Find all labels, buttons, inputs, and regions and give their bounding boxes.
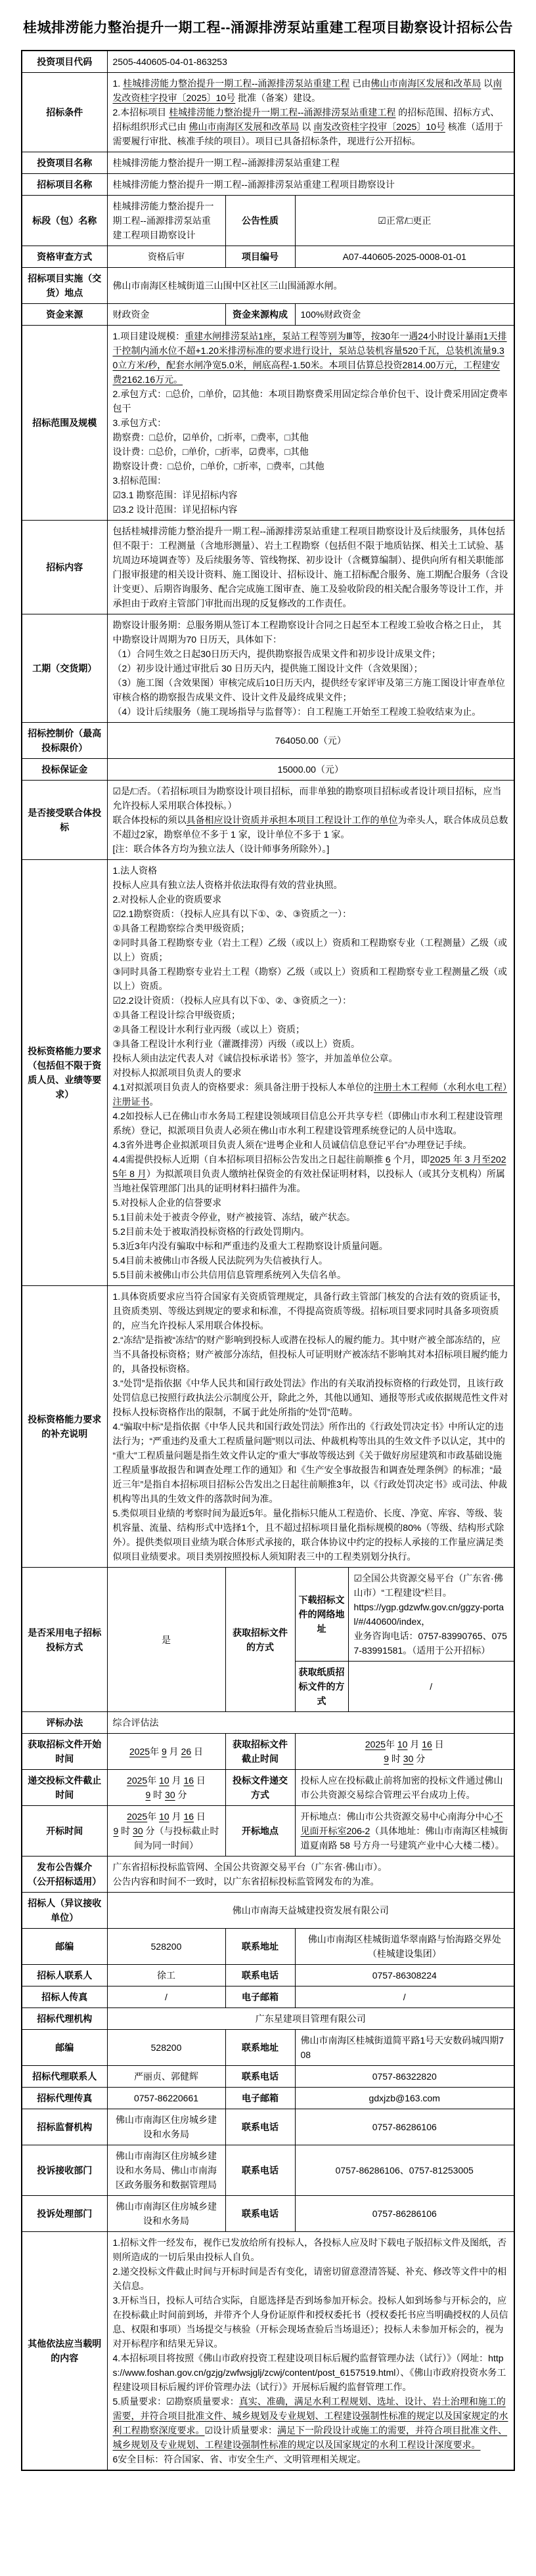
paper-document-label: 获取纸质招标文件的方式 — [295, 1662, 348, 1712]
row-qualification-requirements: 投标资格能力要求 （包括但不限于资质人员、业绩等要求） 1.法人资格 投标人应具… — [22, 860, 514, 1286]
supervision-value: 佛山市南海区住房城乡建设和水务局 — [107, 2109, 225, 2145]
row-consortium: 是否接受联合体投标 ☑是/□否。（若招标项目为勘察设计项目招标，而非单独的勘察项… — [22, 781, 514, 860]
notice-nature-value: ☑正常/□更正 — [295, 196, 514, 246]
consortium-label: 是否接受联合体投标 — [22, 781, 107, 860]
supervision-label: 招标监督机构 — [22, 2109, 107, 2145]
bid-bond-value: 15000.00（元） — [107, 759, 514, 781]
notice-nature-label: 公告性质 — [225, 196, 295, 246]
submission-method-value: 投标人应在投标截止前将加密的投标文件通过佛山市公共资源交易综合管理云平台成功上传… — [295, 1770, 514, 1806]
tenderer-postcode-value: 528200 — [107, 1929, 225, 1965]
row-agency-contact: 招标代理联系人 严丽贞、郭健辉 联系电话 0757-86322820 — [22, 2066, 514, 2088]
obtain-start-label: 获取招标文件开始时间 — [22, 1734, 107, 1770]
tenderer-fax-label: 招标人传真 — [22, 1986, 107, 2008]
row-section-package: 标段（包）名称 桂城排涝能力整治提升一期工程--涌源排涝泵站重建工程项目勘察设计… — [22, 196, 514, 246]
row-construction-period: 工期（交货期） 勘察设计服务期：总服务期从签订本工程勘察设计合同之日起至本工程竣… — [22, 614, 514, 723]
funding-composition-value: 100%财政资金 — [295, 304, 514, 326]
electronic-bidding-label: 是否采用电子招标投标方式 — [22, 1568, 107, 1712]
qualification-requirements-label: 投标资格能力要求 （包括但不限于资质人员、业绩等要求） — [22, 860, 107, 1286]
complaint-handling-label: 投诉处理部门 — [22, 2196, 107, 2232]
section-package-value: 桂城排涝能力整治提升一期工程--涌源排涝泵站重建工程项目勘察设计 — [107, 196, 225, 246]
tenderer-email-label: 电子邮箱 — [225, 1986, 295, 2008]
investment-project-name-label: 投资项目名称 — [22, 152, 107, 174]
tender-content-text: 包括桂城排涝能力整治提升一期工程--涌源排涝泵站重建工程项目勘察设计及后续服务，… — [107, 521, 514, 614]
row-electronic-bidding: 是否采用电子招标投标方式 是 获取招标文件的方式 下载招标文件的网络地址 ☑全国… — [22, 1568, 514, 1662]
construction-period-label: 工期（交货期） — [22, 614, 107, 723]
row-tenderer: 招标人（异议接收单位） 佛山市南海天益城建投资发展有限公司 — [22, 1893, 514, 1929]
row-investment-code: 投资项目代码 2505-440605-04-01-863253 — [22, 51, 514, 73]
tender-project-name-label: 招标项目名称 — [22, 174, 107, 196]
bid-opening-place-value: 开标地点：佛山市公共资源交易中心南海分中心不见面开标室206-2（具体地址：佛山… — [295, 1806, 514, 1857]
tenderer-address-label: 联系地址 — [225, 1929, 295, 1965]
obtain-deadline-label: 获取招标文件截止时间 — [225, 1734, 295, 1770]
complaint-reception-phone-value: 0757-86286106、0757-81253005 — [295, 2145, 514, 2196]
supervision-phone-label: 联系电话 — [225, 2109, 295, 2145]
row-control-price: 招标控制价（最高投标限价） 764050.00（元） — [22, 723, 514, 759]
row-funding-source: 资金来源 财政资金 资金来源构成 100%财政资金 — [22, 304, 514, 326]
row-investment-project-name: 投资项目名称 桂城排涝能力整治提升一期工程--涌源排涝泵站重建工程 — [22, 152, 514, 174]
qualification-supplement-label: 投标资格能力要求的补充说明 — [22, 1286, 107, 1568]
construction-period-text: 勘察设计服务期：总服务期从签订本工程勘察设计合同之日起至本工程竣工验收合格之日止… — [107, 614, 514, 723]
tenderer-fax-value: / — [107, 1986, 225, 2008]
obtain-method-label: 获取招标文件的方式 — [225, 1568, 295, 1712]
row-qualification-review: 资格审查方式 资格后审 项目编号 A07-440605-2025-0008-01… — [22, 246, 514, 268]
qualification-supplement-text: 1.具体资质要求应当符合国家有关资质管理规定，具备行政主管部门核发的合法有效的资… — [107, 1286, 514, 1568]
agency-postcode-label: 邮编 — [22, 2030, 107, 2066]
announcement-page: 桂城排涝能力整治提升一期工程--涌源排涝泵站重建工程项目勘察设计招标公告 投资项… — [0, 0, 536, 2497]
tender-content-label: 招标内容 — [22, 521, 107, 614]
row-tenderer-contact: 招标人联系人 徐工 联系电话 0757-86308224 — [22, 1965, 514, 1986]
control-price-label: 招标控制价（最高投标限价） — [22, 723, 107, 759]
agency-value: 广东星建项目管理有限公司 — [107, 2008, 514, 2030]
investment-code-label: 投资项目代码 — [22, 51, 107, 73]
scope-scale-text: 1.项目建设规模：重建水闸排涝泵站1座，泵站工程等别为Ⅲ等，按30年一遇24小时… — [107, 326, 514, 521]
row-bid-bond: 投标保证金 15000.00（元） — [22, 759, 514, 781]
bid-opening-time-value: 2025年 10 月 16 日 9 时 30 分（与投标截止时间为同一时间） — [107, 1806, 225, 1857]
submission-deadline-label: 递交投标文件截止时间 — [22, 1770, 107, 1806]
complaint-handling-value: 佛山市南海区住房城乡建设和水务局 — [107, 2196, 225, 2232]
consortium-text: ☑是/□否。（若招标项目为勘察设计项目招标，而非单独的勘察项目招标或者设计项目招… — [107, 781, 514, 860]
investment-project-name-value: 桂城排涝能力整治提升一期工程--涌源排涝泵站重建工程 — [107, 152, 514, 174]
funding-composition-label: 资金来源构成 — [225, 304, 295, 326]
tenderer-label: 招标人（异议接收单位） — [22, 1893, 107, 1929]
tender-conditions-label: 招标条件 — [22, 73, 107, 152]
delivery-location-value: 佛山市南海区桂城街道三山围中区社区三山围涌源水闸。 — [107, 268, 514, 304]
tender-conditions-text: 1. 桂城排涝能力整治提升一期工程--涌源排涝泵站重建工程 已由佛山市南海区发展… — [107, 73, 514, 152]
section-package-label: 标段（包）名称 — [22, 196, 107, 246]
announcement-media-label: 发布公告媒介 （公开招标适用） — [22, 1857, 107, 1893]
agency-contact-label: 招标代理联系人 — [22, 2066, 107, 2088]
project-number-label: 项目编号 — [225, 246, 295, 268]
row-tenderer-fax: 招标人传真 / 电子邮箱 / — [22, 1986, 514, 2008]
evaluation-method-label: 评标办法 — [22, 1712, 107, 1734]
row-complaint-handling: 投诉处理部门 佛山市南海区住房城乡建设和水务局 联系电话 0757-862861… — [22, 2196, 514, 2232]
agency-fax-value: 0757-86220661 — [107, 2088, 225, 2109]
complaint-handling-phone-label: 联系电话 — [225, 2196, 295, 2232]
row-tender-content: 招标内容 包括桂城排涝能力整治提升一期工程--涌源排涝泵站重建工程项目勘察设计及… — [22, 521, 514, 614]
qualification-review-value: 资格后审 — [107, 246, 225, 268]
agency-email-label: 电子邮箱 — [225, 2088, 295, 2109]
tenderer-contact-value: 徐工 — [107, 1965, 225, 1986]
complaint-reception-phone-label: 联系电话 — [225, 2145, 295, 2196]
agency-phone-value: 0757-86322820 — [295, 2066, 514, 2088]
qualification-requirements-text: 1.法人资格 投标人应具有独立法人资格并依法取得有效的营业执照。 2.对投标人企… — [107, 860, 514, 1286]
complaint-handling-phone-value: 0757-86286106 — [295, 2196, 514, 2232]
obtain-deadline-value: 2025年 10 月 16 日 9 时 30 分 — [295, 1734, 514, 1770]
tenderer-phone-label: 联系电话 — [225, 1965, 295, 1986]
agency-fax-label: 招标代理传真 — [22, 2088, 107, 2109]
agency-contact-value: 严丽贞、郭健辉 — [107, 2066, 225, 2088]
row-other-content: 其他依法应当载明的内容 1.招标文件一经发布，视作已发放给所有投标人，各投标人应… — [22, 2232, 514, 2471]
row-bid-opening: 开标时间 2025年 10 月 16 日 9 时 30 分（与投标截止时间为同一… — [22, 1806, 514, 1857]
investment-code-value: 2505-440605-04-01-863253 — [107, 51, 514, 73]
tenderer-value: 佛山市南海天益城建投资发展有限公司 — [107, 1893, 514, 1929]
complaint-reception-value: 佛山市南海区住房城乡建设和水务局、佛山市南海区政务服务和数据管理局 — [107, 2145, 225, 2196]
other-content-label: 其他依法应当载明的内容 — [22, 2232, 107, 2471]
supervision-phone-value: 0757-86286106 — [295, 2109, 514, 2145]
row-supervision: 招标监督机构 佛山市南海区住房城乡建设和水务局 联系电话 0757-862861… — [22, 2109, 514, 2145]
bid-bond-label: 投标保证金 — [22, 759, 107, 781]
submission-method-label: 投标文件递交方式 — [225, 1770, 295, 1806]
download-address-label: 下载招标文件的网络地址 — [295, 1568, 348, 1662]
tenderer-address-value: 佛山市南海区桂城街道华翠南路与怡海路交界处（桂城建设集团） — [295, 1929, 514, 1965]
row-delivery-location: 招标项目实施（交货）地点 佛山市南海区桂城街道三山围中区社区三山围涌源水闸。 — [22, 268, 514, 304]
funding-source-label: 资金来源 — [22, 304, 107, 326]
announcement-table: 投资项目代码 2505-440605-04-01-863253 招标条件 1. … — [21, 50, 515, 2471]
row-agency-postcode: 邮编 528200 联系地址 佛山市南海区桂城街道简平路1号天安数码城四期708 — [22, 2030, 514, 2066]
bid-opening-place-label: 开标地点 — [225, 1806, 295, 1857]
agency-label: 招标代理机构 — [22, 2008, 107, 2030]
bid-opening-time-label: 开标时间 — [22, 1806, 107, 1857]
agency-email-value: gdxjzb@163.com — [295, 2088, 514, 2109]
tenderer-email-value: / — [295, 1986, 514, 2008]
control-price-value: 764050.00（元） — [107, 723, 514, 759]
agency-phone-label: 联系电话 — [225, 2066, 295, 2088]
project-number-value: A07-440605-2025-0008-01-01 — [295, 246, 514, 268]
row-tender-conditions: 招标条件 1. 桂城排涝能力整治提升一期工程--涌源排涝泵站重建工程 已由佛山市… — [22, 73, 514, 152]
row-agency-fax: 招标代理传真 0757-86220661 电子邮箱 gdxjzb@163.com — [22, 2088, 514, 2109]
row-announcement-media: 发布公告媒介 （公开招标适用） 广东省招标投标监管网、全国公共资源交易平台（广东… — [22, 1857, 514, 1893]
row-tenderer-postcode: 邮编 528200 联系地址 佛山市南海区桂城街道华翠南路与怡海路交界处（桂城建… — [22, 1929, 514, 1965]
tenderer-phone-value: 0757-86308224 — [295, 1965, 514, 1986]
tender-project-name-value: 桂城排涝能力整治提升一期工程--涌源排涝泵站重建工程项目勘察设计 — [107, 174, 514, 196]
page-title: 桂城排涝能力整治提升一期工程--涌源排涝泵站重建工程项目勘察设计招标公告 — [9, 17, 527, 37]
row-agency: 招标代理机构 广东星建项目管理有限公司 — [22, 2008, 514, 2030]
qualification-review-label: 资格审查方式 — [22, 246, 107, 268]
delivery-location-label: 招标项目实施（交货）地点 — [22, 268, 107, 304]
announcement-media-text: 广东省招标投标监管网、全国公共资源交易平台（广东省·佛山市）。 公告内容和时间不… — [107, 1857, 514, 1893]
tenderer-postcode-label: 邮编 — [22, 1929, 107, 1965]
row-scope-scale: 招标范围及规模 1.项目建设规模：重建水闸排涝泵站1座，泵站工程等别为Ⅲ等，按3… — [22, 326, 514, 521]
electronic-bidding-value: 是 — [107, 1568, 225, 1712]
agency-address-value: 佛山市南海区桂城街道简平路1号天安数码城四期708 — [295, 2030, 514, 2066]
row-tender-project-name: 招标项目名称 桂城排涝能力整治提升一期工程--涌源排涝泵站重建工程项目勘察设计 — [22, 174, 514, 196]
scope-scale-label: 招标范围及规模 — [22, 326, 107, 521]
complaint-reception-label: 投诉接收部门 — [22, 2145, 107, 2196]
agency-postcode-value: 528200 — [107, 2030, 225, 2066]
agency-address-label: 联系地址 — [225, 2030, 295, 2066]
row-complaint-reception: 投诉接收部门 佛山市南海区住房城乡建设和水务局、佛山市南海区政务服务和数据管理局… — [22, 2145, 514, 2196]
download-address-text: ☑全国公共资源交易平台（广东省·佛山市）“工程建设”栏目。 https://yg… — [348, 1568, 514, 1662]
tenderer-contact-label: 招标人联系人 — [22, 1965, 107, 1986]
row-qualification-supplement: 投标资格能力要求的补充说明 1.具体资质要求应当符合国家有关资质管理规定，具备行… — [22, 1286, 514, 1568]
row-obtain-time: 获取招标文件开始时间 2025年 9 月 26 日 获取招标文件截止时间 202… — [22, 1734, 514, 1770]
obtain-start-value: 2025年 9 月 26 日 — [107, 1734, 225, 1770]
funding-source-value: 财政资金 — [107, 304, 225, 326]
other-content-text: 1.招标文件一经发布，视作已发放给所有投标人，各投标人应及时下载电子版招标文件及… — [107, 2232, 514, 2471]
submission-deadline-value: 2025年 10 月 16 日 9 时 30 分 — [107, 1770, 225, 1806]
evaluation-method-value: 综合评估法 — [107, 1712, 514, 1734]
paper-document-value: / — [348, 1662, 514, 1712]
row-evaluation-method: 评标办法 综合评估法 — [22, 1712, 514, 1734]
row-submission: 递交投标文件截止时间 2025年 10 月 16 日 9 时 30 分 投标文件… — [22, 1770, 514, 1806]
